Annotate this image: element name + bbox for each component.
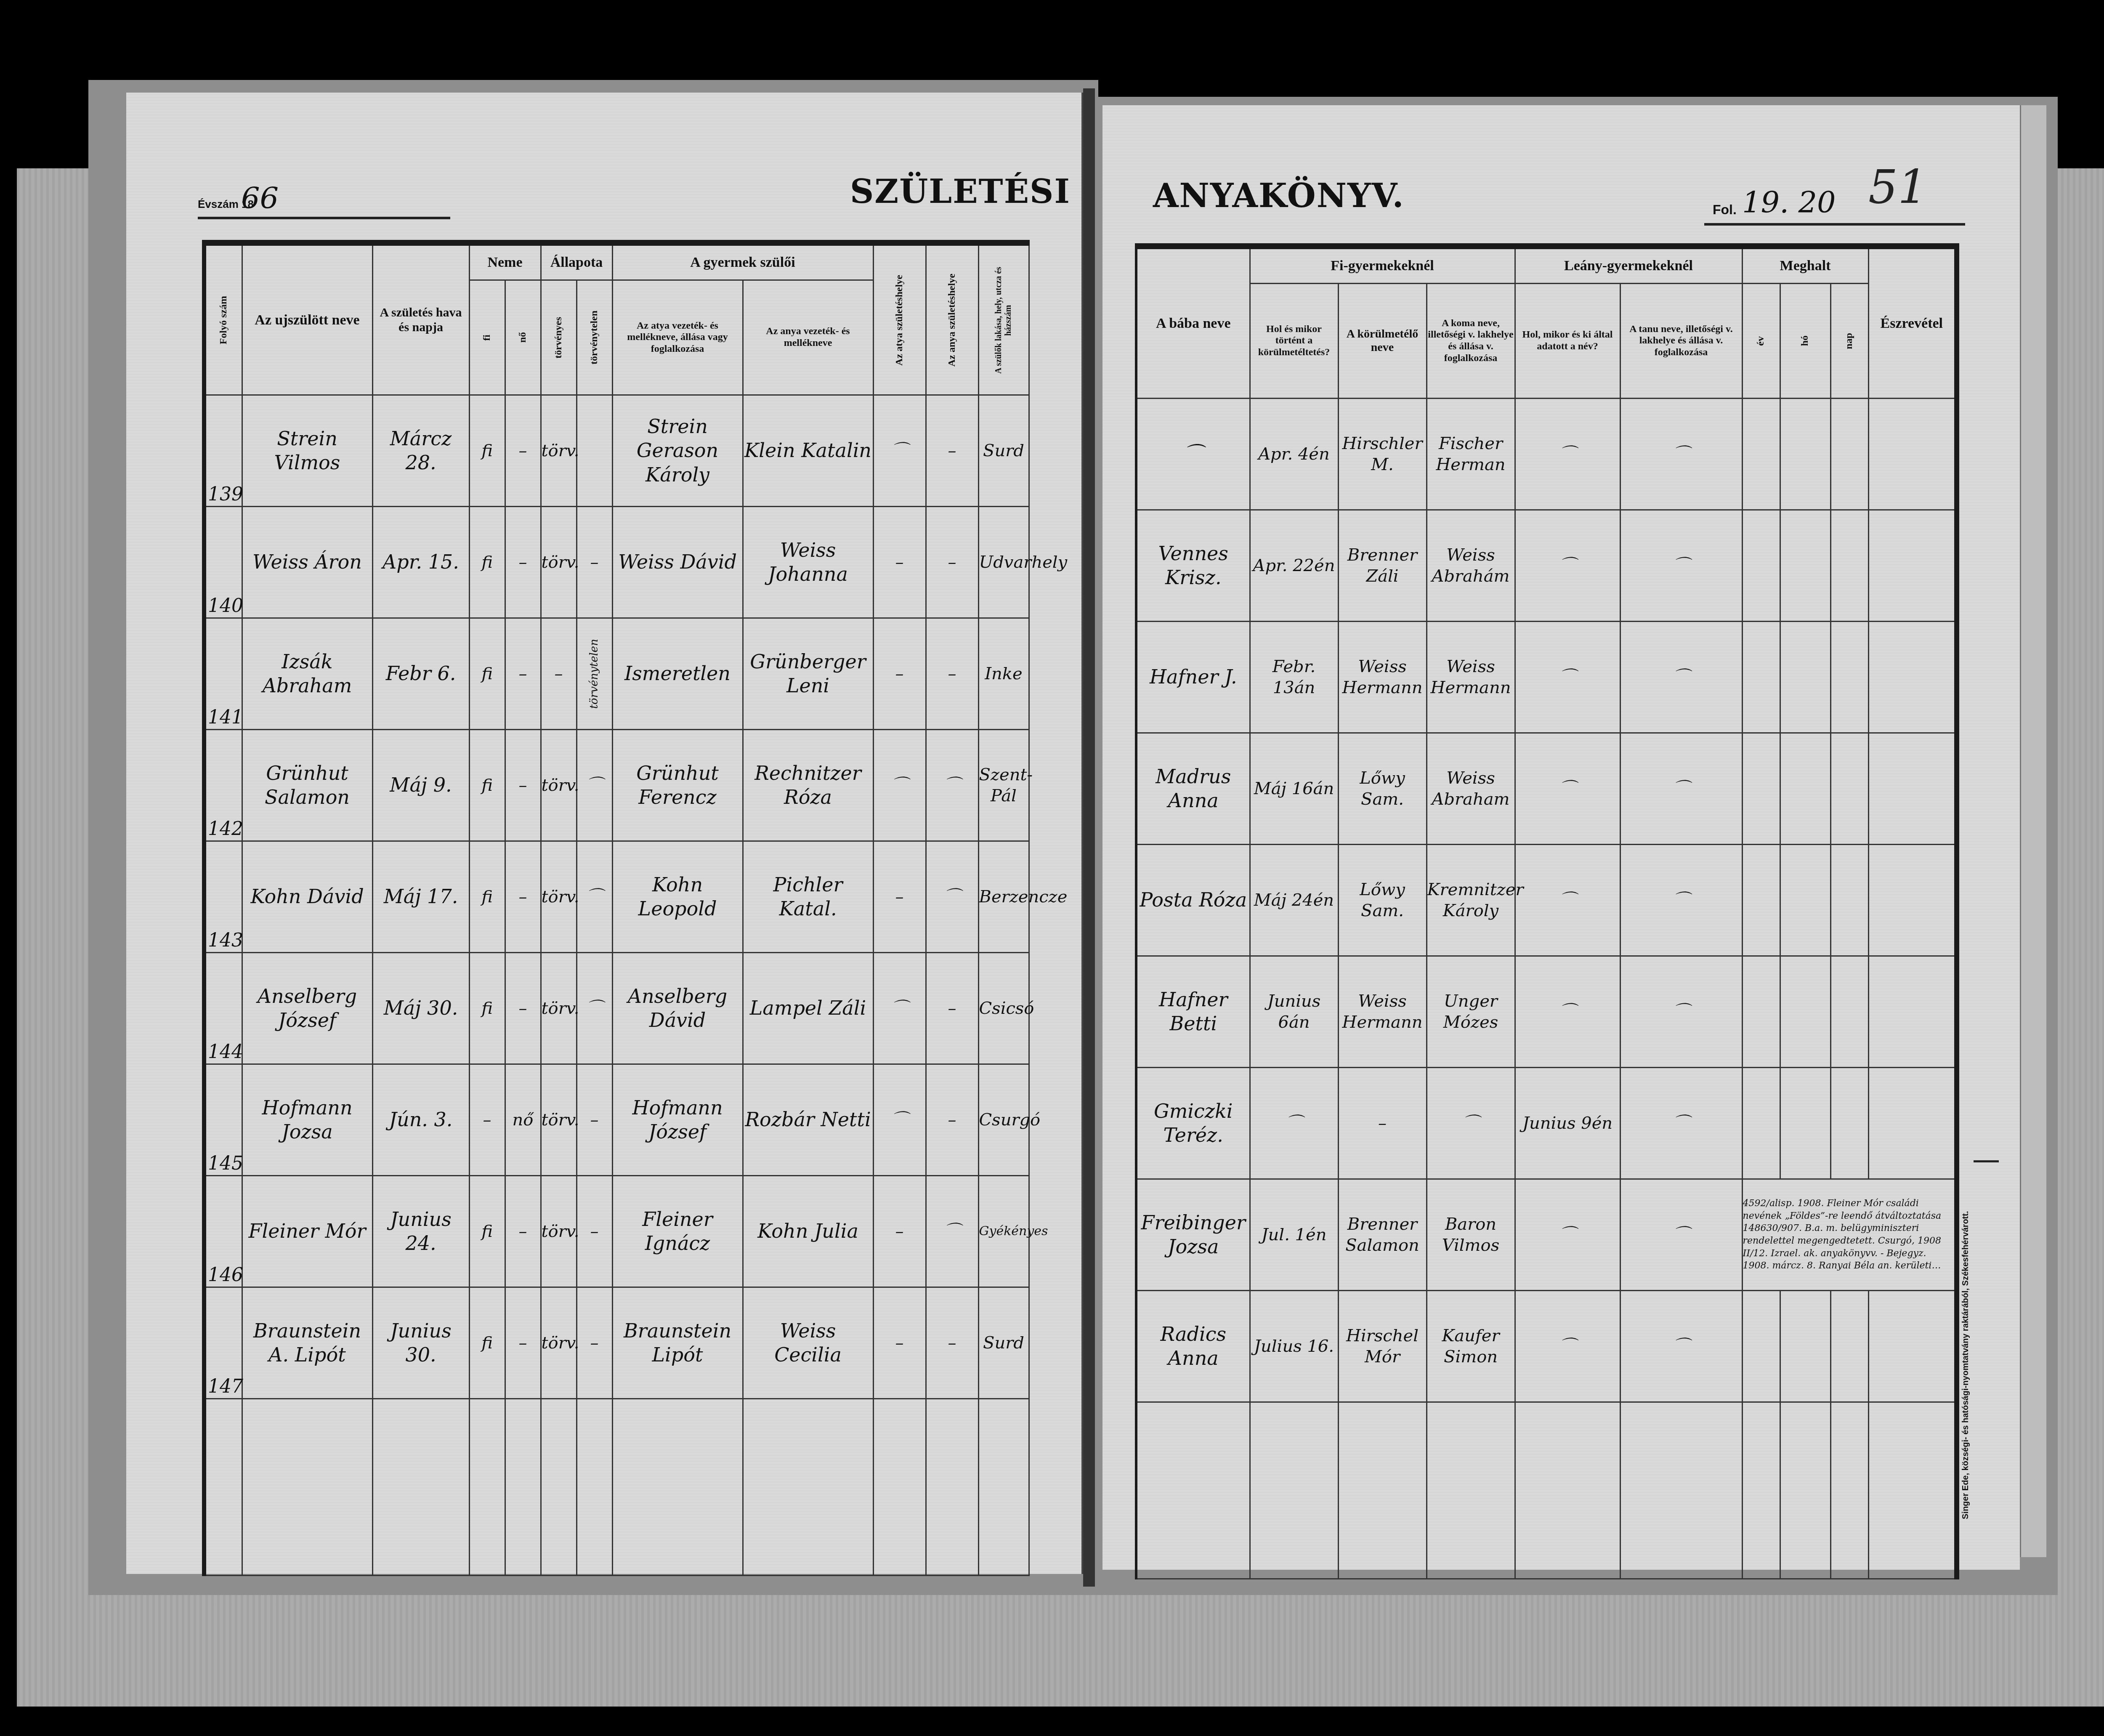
header-newborn-name: Az ujszülött neve xyxy=(242,243,372,395)
header-residence: A szülők lakása, hely, utcza és házszám xyxy=(978,243,1029,395)
header-naming: Hol, mikor és ki által adatott a név? xyxy=(1515,284,1620,399)
title-left: SZÜLETÉSI xyxy=(850,173,1071,211)
header-girls: Leány-gyermekeknél xyxy=(1515,246,1742,284)
table-row: 142Grünhut SalamonMáj 9.fi–törv.⌒Grünhut… xyxy=(204,730,1029,841)
table-row: Gmiczki Teréz.⌒–⌒Junius 9én⌒ xyxy=(1136,1068,1957,1179)
header-sex: Neme xyxy=(469,243,541,280)
header-remarks: Észrevétel xyxy=(1868,246,1957,399)
header-godfather: A koma neve, illetőségi v. lakhelye és á… xyxy=(1427,284,1515,399)
header-sex-female: nő xyxy=(505,280,541,395)
header-circumcision-when: Hol és mikor történt a körülmetéltetés? xyxy=(1250,284,1338,399)
table-row: 145Hofmann JozsaJún. 3.–nőtörv.–Hofmann … xyxy=(204,1064,1029,1176)
folio-underline xyxy=(1704,223,1965,226)
header-sex-male: fi xyxy=(469,280,505,395)
table-row: 143Kohn DávidMáj 17.fi–törv.⌒Kohn Leopol… xyxy=(204,841,1029,953)
table-row-empty xyxy=(204,1399,1029,1576)
page-edge-stack xyxy=(2020,105,2046,1557)
table-row: 141Izsák AbrahamFebr 6.fi––törvénytelenI… xyxy=(204,618,1029,730)
header-father: Az atya vezeték- és mellékneve, állása v… xyxy=(612,280,743,395)
header-mother-birthplace: Az anya születéshelye xyxy=(926,243,978,395)
table-row-empty xyxy=(1136,1402,1957,1579)
remark-annotation: 4592/alisp. 1908. Fleiner Mór családi ne… xyxy=(1742,1179,1957,1291)
header-parents: A gyermek szülői xyxy=(612,243,873,280)
table-row: 147Braunstein A. LipótJunius 30.fi–törv.… xyxy=(204,1287,1029,1399)
table-row: 140Weiss ÁronApr. 15.fi–törv.–Weiss Dávi… xyxy=(204,507,1029,618)
birth-register-right-table: A bába neve Fi-gyermekeknél Leány-gyerme… xyxy=(1135,243,1959,1579)
header-died-month: hó xyxy=(1780,284,1830,399)
header-died: Meghalt xyxy=(1742,246,1868,284)
title-right: ANYAKÖNYV. xyxy=(1153,177,1405,215)
header-status-illegitimate: törvénytelen xyxy=(576,280,612,395)
header-birth-date: A születés hava és napja xyxy=(372,243,469,395)
header-status-legitimate: törvényes xyxy=(541,280,576,395)
table-row: Madrus AnnaMáj 16ánLőwy Sam.Weiss Abraha… xyxy=(1136,733,1957,845)
header-died-year: év xyxy=(1742,284,1780,399)
header-circumciser: A körülmetélő neve xyxy=(1338,284,1427,399)
page-number-mark: 51 xyxy=(1868,160,1927,214)
table-row: Radics AnnaJulius 16.Hirschel MórKaufer … xyxy=(1136,1291,1957,1402)
year-value: 66 xyxy=(241,181,279,215)
table-row: ⌒Apr. 4énHirschler M.Fischer Herman⌒⌒ xyxy=(1136,399,1957,510)
table-row: 146Fleiner MórJunius 24.fi–törv.–Fleiner… xyxy=(204,1176,1029,1287)
header-status: Állapota xyxy=(541,243,612,280)
header-row-number: Folyó szám xyxy=(204,243,242,395)
table-row: Hafner BettiJunius 6ánWeiss HermannUnger… xyxy=(1136,956,1957,1068)
folio-value: 19. 20 xyxy=(1742,185,1836,220)
folio-label: Fol. xyxy=(1713,202,1737,218)
header-boys: Fi-gyermekeknél xyxy=(1250,246,1515,284)
header-midwife: A bába neve xyxy=(1136,246,1250,399)
year-underline xyxy=(198,217,450,219)
header-mother: Az anya vezeték- és mellékneve xyxy=(743,280,873,395)
table-row: Freibinger JozsaJul. 1énBrenner SalamonB… xyxy=(1136,1179,1957,1291)
header-witness: A tanu neve, illetőségi v. lakhelye és á… xyxy=(1620,284,1742,399)
header-died-day: nap xyxy=(1830,284,1868,399)
margin-mark xyxy=(1974,1160,1999,1162)
header-father-birthplace: Az atya születéshelye xyxy=(873,243,926,395)
table-row: Posta RózaMáj 24énLőwy Sam.Kremnitzer Ká… xyxy=(1136,845,1957,956)
birth-register-left-table: Folyó szám Az ujszülött neve A születés … xyxy=(202,240,1030,1576)
book-spine xyxy=(1083,88,1095,1587)
table-row: Hafner J.Febr. 13ánWeiss HermannWeiss He… xyxy=(1136,622,1957,733)
table-row: 144Anselberg JózsefMáj 30.fi–törv.⌒Ansel… xyxy=(204,953,1029,1064)
printer-imprint: Singer Ede, községi- és hatósági-nyomtat… xyxy=(1961,1119,1971,1519)
table-row: 139Strein VilmosMárcz 28.fi–törv.Strein … xyxy=(204,395,1029,507)
table-row: Vennes Krisz.Apr. 22énBrenner ZáliWeiss … xyxy=(1136,510,1957,622)
